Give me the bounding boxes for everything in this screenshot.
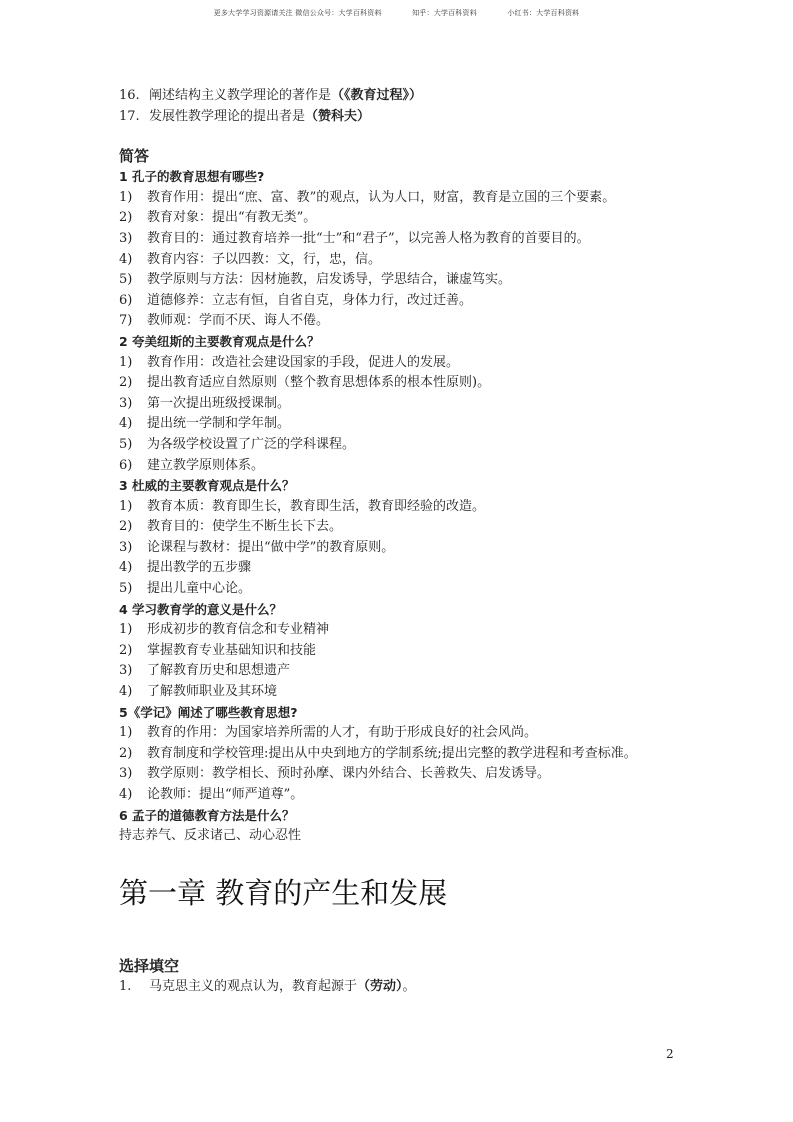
list-item: 6)建立教学原则体系。 [119,456,699,477]
page-header: 更多大学学习资源请关注 微信公众号：大学百科资料 知乎：大学百科资料 小红书：大… [0,8,793,18]
chapter-title: 第一章 教育的产生和发展 [119,873,699,913]
question-title: 3 杜威的主要教育观点是什么？ [119,476,699,497]
question-title: 4 学习教育学的意义是什么？ [119,600,699,621]
list-item: 4)提出统一学制和学年制。 [119,414,699,435]
header-wechat: 更多大学学习资源请关注 微信公众号：大学百科资料 [214,9,382,17]
list-item: 3)了解教育历史和思想遗产 [119,661,699,682]
list-item: 1)形成初步的教育信念和专业精神 [119,620,699,641]
list-item: 1)教育作用：改造社会建设国家的手段，促进人的发展。 [119,353,699,374]
list-item: 1)教育本质：教育即生长，教育即生活，教育即经验的改造。 [119,497,699,518]
list-item: 5)教学原则与方法：因材施教，启发诱导，学思结合，谦虚笃实。 [119,270,699,291]
fill-item: 17.发展性教学理论的提出者是（赞科夫） [119,107,699,128]
list-item: 2)掌握教育专业基础知识和技能 [119,641,699,662]
list-item: 2)教育对象：提出“有教无类”。 [119,208,699,229]
section-heading-fill-in: 选择填空 [119,955,699,977]
list-item: 1)教育的作用：为国家培养所需的人才，有助于形成良好的社会风尚。 [119,723,699,744]
section-heading-short-answer: 简答 [119,145,699,167]
answer-text: 持志养气、反求诸己、动心忍性 [119,826,699,847]
question-title: 1 孔子的教育思想有哪些? [119,167,699,188]
list-item: 6)道德修养：立志有恒，自省自克，身体力行，改过迁善。 [119,291,699,312]
list-item: 3)第一次提出班级授课制。 [119,394,699,415]
question-title: 2 夸美纽斯的主要教育观点是什么？ [119,332,699,353]
header-zhihu: 知乎：大学百科资料 [412,9,477,17]
fill-item: 16.阐述结构主义教学理论的著作是（《教育过程》） [119,86,699,107]
list-item: 3)论课程与教材：提出“做中学”的教育原则。 [119,538,699,559]
list-item: 4)提出教学的五步骤 [119,558,699,579]
list-item: 4)教育内容：子以四教：文，行，忠，信。 [119,250,699,271]
list-item: 4)了解教师职业及其环境 [119,682,699,703]
list-item: 7)教师观：学而不厌、诲人不倦。 [119,311,699,332]
list-item: 2)教育目的：使学生不断生长下去。 [119,517,699,538]
list-item: 1)教育作用：提出“庶、富、教”的观点，认为人口，财富，教育是立国的三个要素。 [119,188,699,209]
list-item: 4)论教师：提出“师严道尊”。 [119,785,699,806]
document-body: 16.阐述结构主义教学理论的著作是（《教育过程》） 17.发展性教学理论的提出者… [119,86,699,997]
answer: （《教育过程》） [331,88,422,103]
question-title: 5《学记》阐述了哪些教育思想? [119,703,699,724]
list-item: 3)教育目的：通过教育培养一批“士”和“君子”，以完善人格为教育的首要目的。 [119,229,699,250]
page-number: 2 [666,1047,674,1061]
answer: （劳动） [357,979,403,994]
list-item: 2)教育制度和学校管理:提出从中央到地方的学制系统;提出完整的教学进程和考查标准… [119,744,699,765]
list-item: 5)为各级学校设置了广泛的学科课程。 [119,435,699,456]
header-xiaohongshu: 小红书：大学百科资料 [507,9,579,17]
question-title: 6 孟子的道德教育方法是什么？ [119,806,699,827]
fill-item: 1.马克思主义的观点认为，教育起源于（劳动）。 [119,977,699,998]
list-item: 2)提出教育适应自然原则（整个教育思想体系的根本性原则)。 [119,373,699,394]
list-item: 5)提出儿童中心论。 [119,579,699,600]
answer: （赞科夫） [305,109,370,124]
list-item: 3)教学原则：教学相长、预时孙摩、课内外结合、长善救失、启发诱导。 [119,764,699,785]
